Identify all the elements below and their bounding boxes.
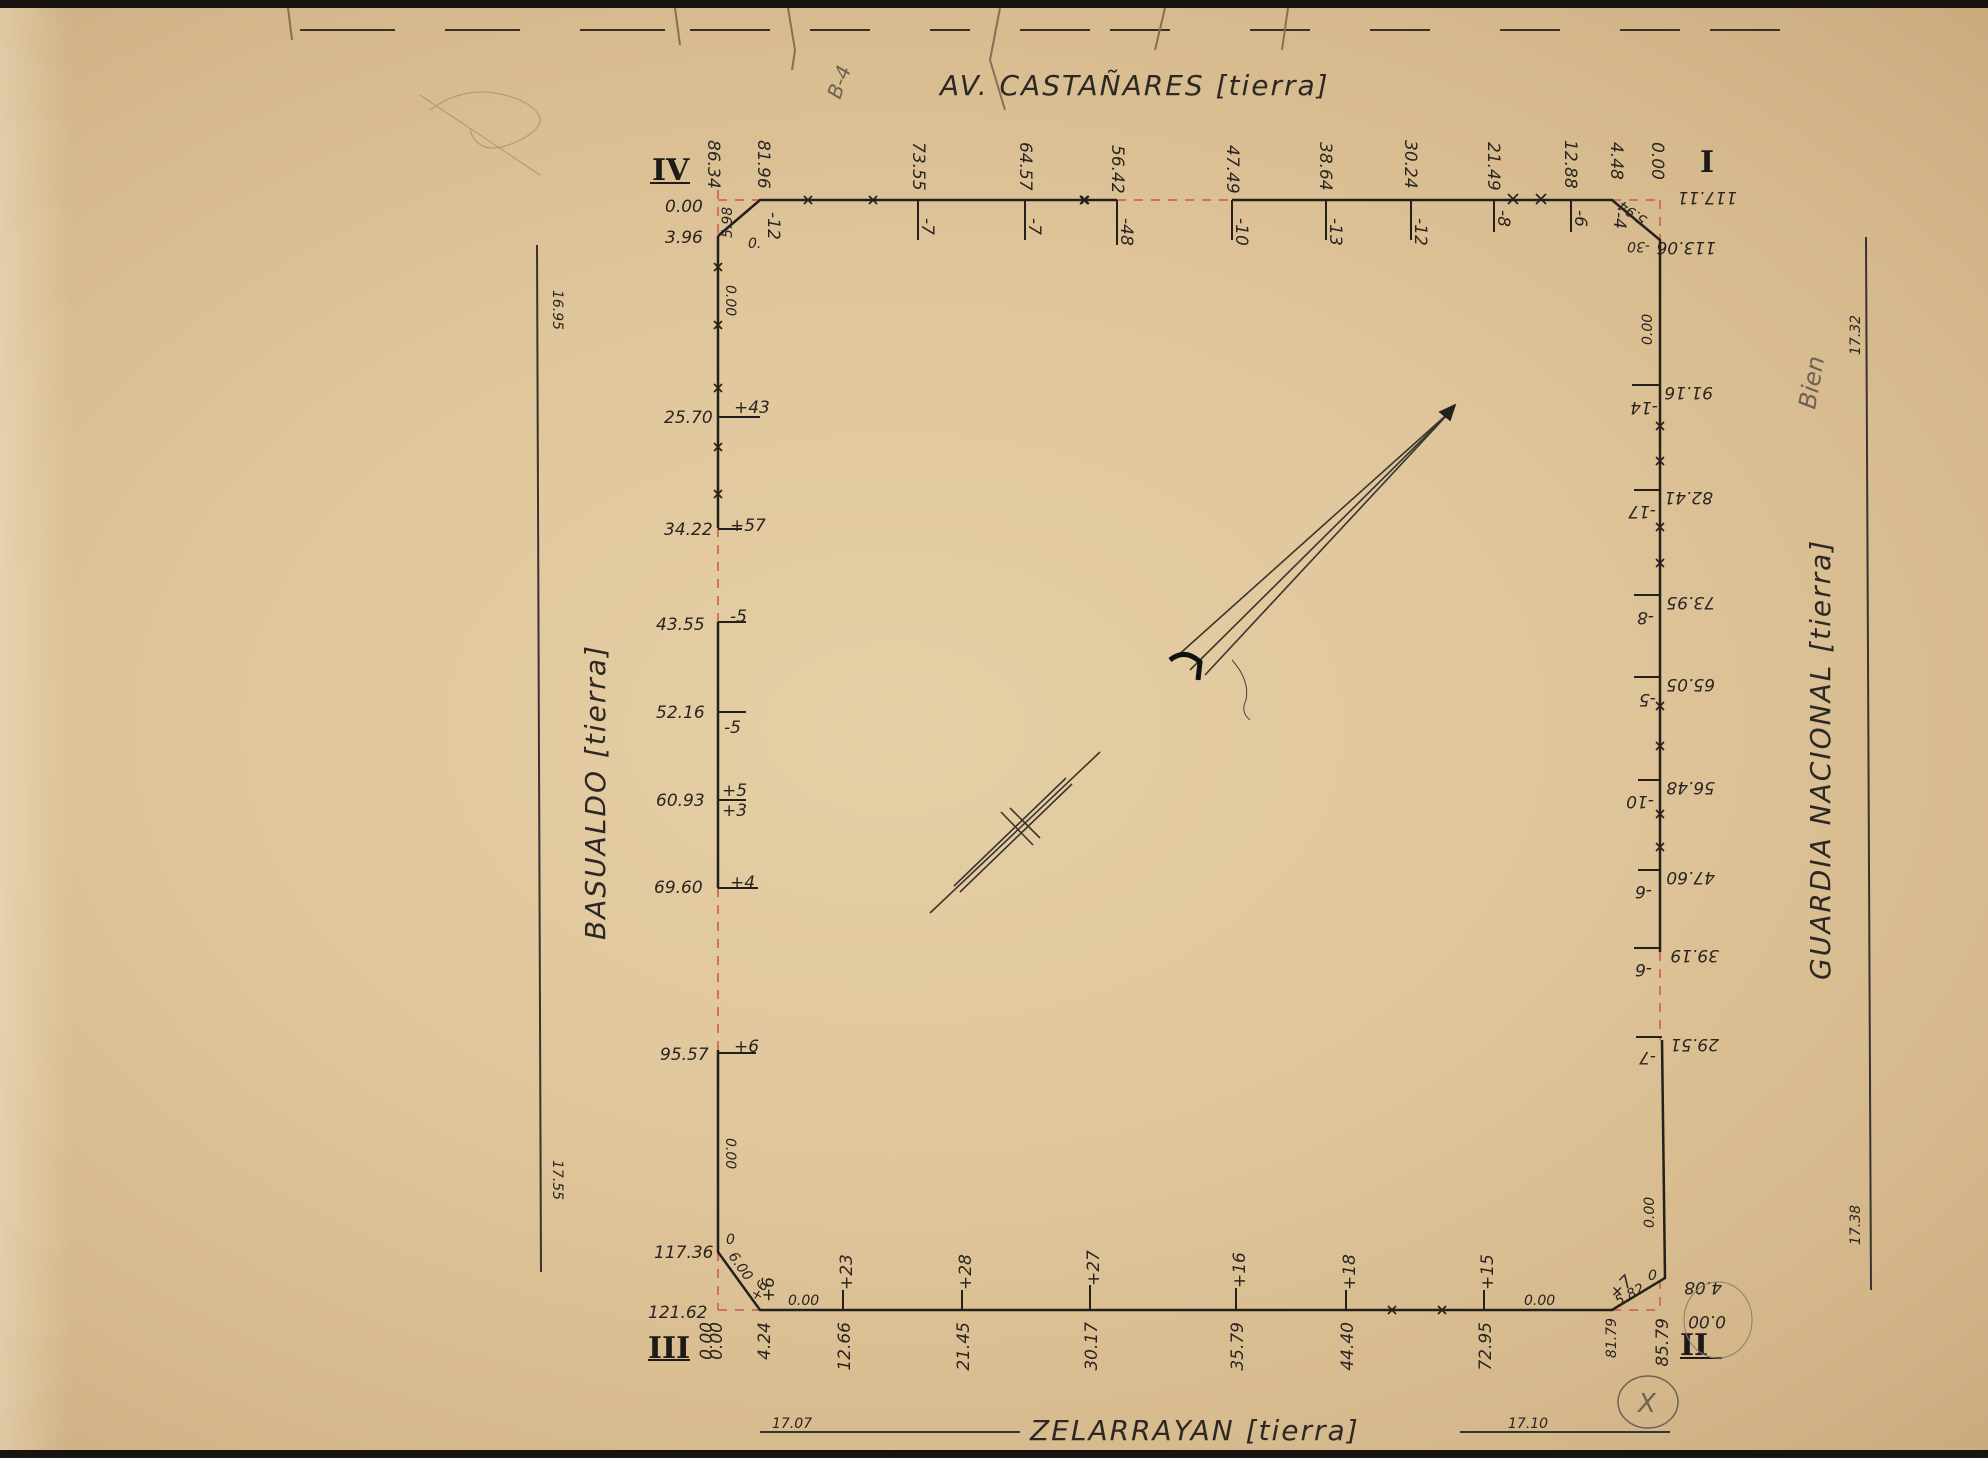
station-label: 56.42 [1107,145,1127,194]
level-mark-west-bottom: 17.55 [549,1160,565,1200]
offset-label: +15 [1478,1254,1498,1290]
offset-label: -17 [1628,501,1656,521]
corner-value: 3.96 [665,228,703,248]
station-label: 47.60 [1666,867,1715,887]
offset-label: +16 [1230,1252,1250,1288]
offset-label: +4 [730,873,755,893]
station-label: 35.79 [1228,1322,1248,1371]
station-label: 47.49 [1222,145,1242,194]
corner-value: 0 [1648,1268,1657,1284]
circled-mark-label: X [1636,1389,1657,1419]
station-label: 81.96 [753,140,773,189]
station-label: 91.16 [1664,382,1713,402]
offset-label: -48 [1116,218,1136,246]
segment-label: 0.00 [788,1293,819,1309]
offset-label: -12 [763,212,783,240]
segment-label: 0.00 [1642,1197,1658,1228]
circled-mark: X [1618,1376,1678,1428]
station-label: 0.00 [1647,142,1667,180]
corner-value: 5.98 [720,207,736,238]
station-label: 86.34 [703,140,723,189]
offset-label: +18 [1340,1254,1360,1290]
offset-label: -13 [1325,218,1345,246]
station-label: 29.51 [1670,1034,1719,1054]
corner-value: -30 [1627,238,1650,254]
corner-value: 0 [726,1232,735,1248]
south-stations: 0.00 4.24 12.66 21.45 30.17 35.79 44.40 … [707,1318,1673,1371]
offset-label: +28 [956,1254,976,1290]
station-label: 4.24 [755,1322,775,1360]
offset-label: +57 [730,516,766,536]
station-label: 82.41 [1664,487,1713,507]
pencil-annotation-top: B-4 [822,62,856,102]
offset-label: +6 [759,1277,779,1302]
west-stations: 25.70 +43 34.22 +57 43.55 -5 52.16 -5 60… [648,398,770,1323]
offset-label: -7 [917,218,937,235]
station-label: 21.45 [954,1322,974,1371]
offset-label: -8 [1493,210,1513,227]
street-label-east: GUARDIA NACIONAL [tierra] [1804,539,1837,980]
property-boundary [718,200,1665,1310]
level-mark-south-left: 17.07 [772,1416,812,1432]
station-label: 34.22 [664,520,713,540]
street-label-south: ZELARRAYAN [tierra] [1029,1414,1360,1447]
level-mark-east-bottom: 17.38 [1848,1205,1864,1245]
level-mark-east-top: 17.32 [1848,315,1864,355]
offset-label: -10 [1626,791,1654,811]
south-east-west-boundary [718,1040,1665,1310]
station-label: 4.48 [1606,142,1626,180]
station-label: 38.64 [1315,142,1335,191]
survey-sheet: AV. CASTAÑARES [tierra] ZELARRAYAN [tier… [0,8,1988,1450]
south-segment-labels: 0.00 0.00 [788,1293,1555,1309]
station-label: 0.00 [1688,1311,1726,1331]
station-label: 56.48 [1666,777,1715,797]
offset-label: -6 [1635,959,1652,979]
offset-label: -10 [1231,218,1251,246]
nw-corner-values: 0.00 3.96 5.98 0. [665,197,761,252]
north-stations: 86.34 81.96 73.55 64.57 56.42 47.49 38.6… [703,140,1667,194]
station-label: 81.79 [1604,1318,1620,1358]
survey-drawing: AV. CASTAÑARES [tierra] ZELARRAYAN [tier… [0,8,1988,1450]
station-label: 73.95 [1666,592,1715,612]
corner-value: 117.11 [1678,187,1737,207]
station-label: 4.08 [1684,1277,1722,1297]
east-segment-labels: 0.00 0.00 [1640,314,1658,1228]
station-label: 0.00 [707,1322,727,1360]
segment-label: 0.00 [722,285,738,316]
station-label: 30.17 [1082,1322,1102,1371]
offset-label: +27 [1084,1250,1104,1286]
station-label: 12.66 [835,1322,855,1371]
east-reference-line [1866,237,1871,1290]
street-label-west: BASUALDO [tierra] [579,644,612,940]
offset-label: -5 [730,607,747,627]
station-label: 117.36 [654,1243,714,1263]
offset-label: -7 [1639,1047,1656,1067]
station-label: 72.95 [1476,1322,1496,1371]
power-line-icon [930,752,1100,913]
ne-corner-values: 117.11 113.06 -30 5.94 [1616,187,1737,257]
offset-label: +3 [722,801,747,821]
north-arrow-icon [1170,405,1455,720]
segment-label: 0.00 [722,1138,738,1169]
station-label: 21.49 [1483,142,1503,191]
station-label: 121.62 [648,1303,707,1323]
station-label: 60.93 [656,791,705,811]
station-label: 30.24 [1400,140,1420,189]
station-label: 12.88 [1560,140,1580,189]
north-offsets: -12 -7 -7 -48 -10 -13 -12 -8 -6 -4 [763,210,1629,246]
offset-label: -6 [1635,881,1652,901]
station-label: 85.79 [1653,1318,1673,1367]
offset-label: -7 [1024,218,1044,235]
west-reference-line [537,245,541,1272]
station-label: 73.55 [908,142,928,191]
offset-label: -14 [1630,397,1658,417]
offset-label: -12 [1410,218,1430,246]
segment-label: 0.00 [1640,314,1656,345]
offset-label: -5 [1639,689,1656,709]
offset-label: -6 [1570,210,1590,227]
reference-dashed-lines [718,190,1660,1310]
roman-underlines [648,183,1722,1360]
corner-value: 0.00 [665,197,703,217]
station-label: 52.16 [656,703,705,723]
station-label: 64.57 [1015,142,1035,191]
level-mark-west-top: 16.95 [549,290,565,330]
offset-label: -8 [1637,607,1654,627]
street-label-north: AV. CASTAÑARES [tierra] [938,69,1330,102]
station-label: 95.57 [660,1045,709,1065]
offset-label: -5 [724,718,741,738]
station-label: 65.05 [1666,674,1715,694]
station-label: 43.55 [656,615,705,635]
segment-label: 0.00 [1524,1293,1555,1309]
corner-label-ne: I [1700,145,1714,180]
pencil-annotation-right: Bien [1793,354,1830,411]
station-cross-markers [714,194,1664,1314]
offset-label: +23 [837,1254,857,1290]
east-offset-ticks [1632,385,1662,1037]
corner-value: 0. [748,236,761,252]
pencil-scribble-top-left [420,92,540,175]
corner-value: 113.06 [1656,237,1716,257]
station-label: 69.60 [654,878,703,898]
station-label: 39.19 [1670,945,1719,965]
level-mark-south-right: 17.10 [1508,1416,1548,1432]
station-label: 44.40 [1338,1322,1358,1371]
offset-label: +5 [722,781,747,801]
offset-label: +6 [734,1037,759,1057]
east-stations: 91.16 -14 82.41 -17 73.95 -8 65.05 -5 56… [1626,382,1726,1331]
offset-label: +43 [734,398,770,418]
south-offsets: +6 +23 +28 +27 +16 +18 +15 +7 [759,1250,1637,1304]
station-label: 25.70 [664,408,713,428]
